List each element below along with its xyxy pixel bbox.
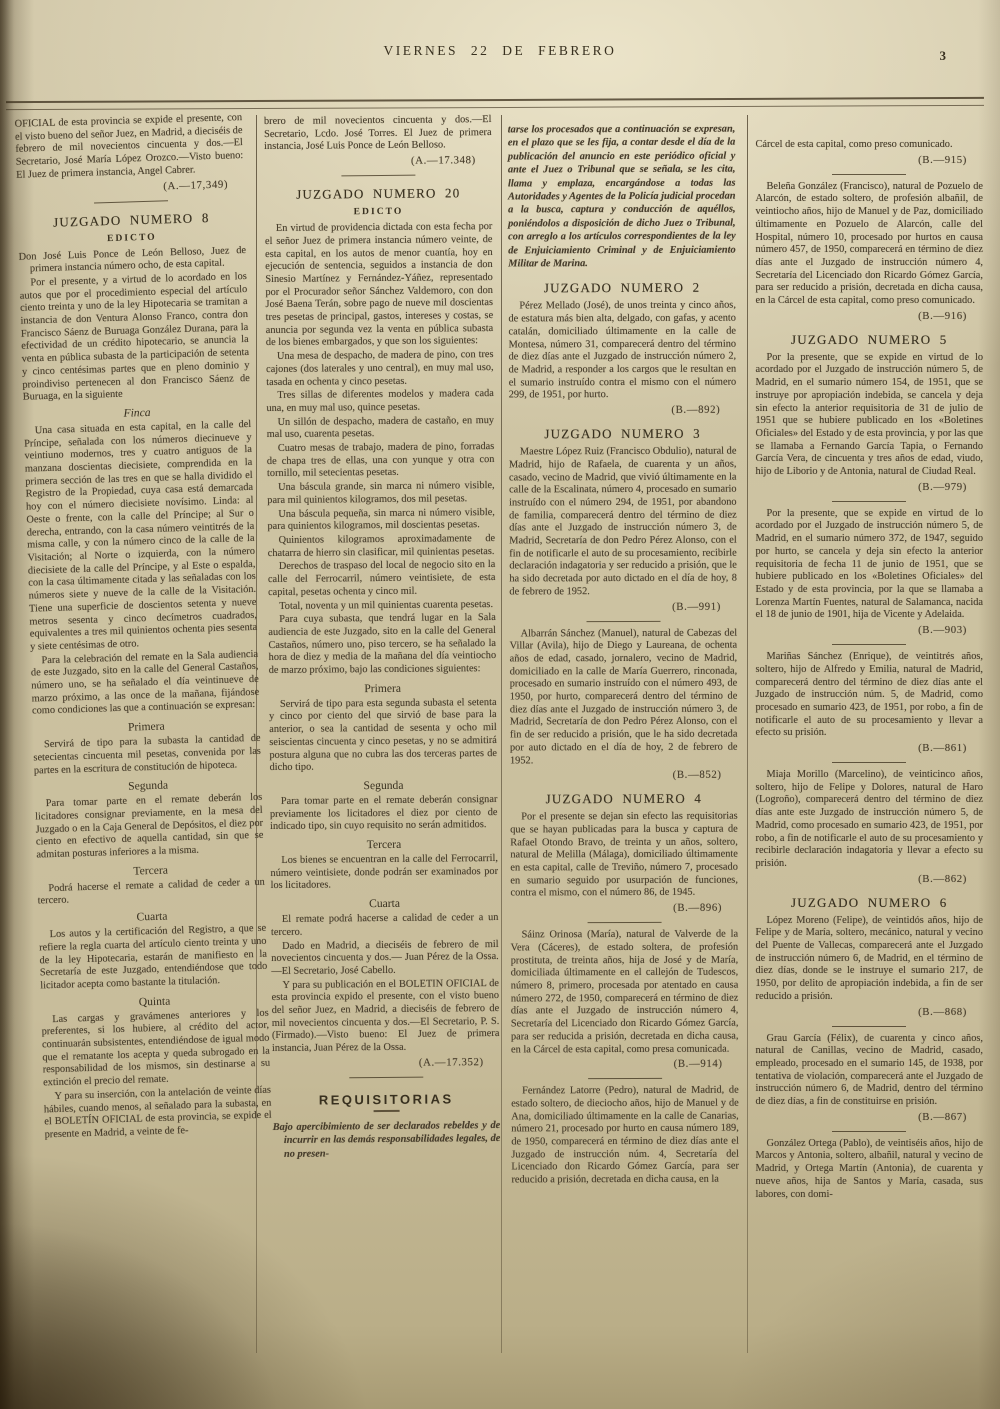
reference-number: (B.—914) [511, 1058, 739, 1071]
reference-number: (B.—991) [509, 600, 737, 613]
masthead: VIERNES 22 DE FEBRERO [0, 42, 1000, 60]
condition-heading: Tercera [270, 837, 498, 852]
juzgado-heading: JUZGADO NUMERO 3 [509, 426, 737, 443]
paragraph: Las cargas y gravámenes anteriores y los… [41, 1007, 271, 1090]
header-rule [6, 97, 984, 110]
paragraph-italic: tarse los procesados que a continuación … [508, 123, 736, 271]
paragraph: Una mesa de despacho, de madera de pino,… [265, 349, 493, 389]
paragraph: Pérez Mellado (José), de unos treinta y … [508, 300, 736, 402]
entry-separator [94, 200, 168, 203]
juzgado-heading: JUZGADO NUMERO 20 [264, 185, 492, 203]
entry-separator [349, 1077, 423, 1079]
paragraph: Maestre López Ruiz (Francisco Obdulio), … [509, 446, 737, 599]
column-1: OFICIAL de esta provincia se expide el p… [5, 110, 289, 1409]
column-separator [747, 115, 748, 1353]
paragraph: Miaja Morillo (Marcelino), de veinticinc… [756, 769, 984, 871]
paragraph: Beleña González (Francisco), natural de … [756, 181, 984, 308]
paragraph: Fernández Latorre (Pedro), natural de Ma… [511, 1085, 739, 1187]
reference-number: (B.—916) [756, 310, 984, 322]
paragraph: Derechos de traspaso del local de negoci… [267, 559, 495, 599]
paragraph: Cárcel de esta capital, como preso comun… [756, 139, 984, 152]
edicto-heading: EDICTO [18, 229, 246, 247]
paragraph: Servirá de tipo para esta segunda subast… [268, 697, 496, 775]
paragraph: Para tomar parte en el remate deberán lo… [35, 792, 264, 862]
page-number: 3 [940, 48, 947, 64]
reference-number: (B.—892) [509, 404, 737, 417]
paragraph: Un sillón de despacho, madera de castaño… [266, 415, 494, 442]
paragraph: Por la presente, que se expide en virtud… [756, 508, 984, 622]
juzgado-heading: JUZGADO NUMERO 8 [17, 209, 245, 232]
entry-separator [341, 175, 415, 177]
paragraph: brero de mil novecientos cincuenta y dos… [263, 114, 491, 154]
paragraph: Y para su inserción, con la antelación d… [43, 1085, 272, 1143]
mini-separator [373, 1110, 399, 1112]
paragraph: Para cuya subasta, que tendrá lugar en l… [268, 612, 496, 677]
paragraph: Por el presente se dejan sin efecto las … [510, 811, 738, 901]
condition-heading: Primera [268, 681, 496, 696]
reference-number: (B.—896) [511, 902, 739, 915]
paragraph: Y para su publicación en el BOLETIN OFIC… [271, 978, 499, 1056]
paragraph: González Ortega (Pablo), de veintiséis a… [756, 1138, 984, 1202]
page-date-title: VIERNES 22 DE FEBRERO [384, 43, 617, 58]
reference-number: (A.—17.352) [272, 1056, 500, 1070]
paragraph: Tres sillas de diferentes modelos y made… [266, 388, 494, 415]
juzgado-heading: JUZGADO NUMERO 5 [756, 332, 984, 348]
paragraph-italic: Bajo apercibimiento de ser declarados re… [272, 1119, 500, 1161]
juzgado-heading: JUZGADO NUMERO 4 [510, 791, 738, 808]
paragraph: Para la celebración del remate en la Sal… [30, 648, 259, 718]
column-4: Cárcel de esta capital, como preso comun… [747, 113, 993, 1405]
reference-number: (B.—861) [756, 742, 984, 754]
paragraph: Los autos y la certificación del Registr… [39, 923, 268, 993]
entry-separator [588, 1078, 662, 1079]
newspaper-page: VIERNES 22 DE FEBRERO 3 OFICIAL de esta … [0, 0, 1000, 1409]
paragraph: López Moreno (Felipe), de veintidós años… [756, 915, 984, 1004]
reference-number: (B.—903) [756, 624, 984, 636]
paragraph: El remate podrá hacerse a calidad de ced… [270, 912, 498, 939]
entry-separator [832, 644, 906, 645]
entry-separator [587, 922, 661, 923]
paragraph: Quinientos kilogramos aproximadamente de… [267, 533, 495, 560]
paragraph: Por el presente, y a virtud de lo acorda… [19, 271, 250, 405]
entry-separator [832, 501, 906, 502]
reference-number: (B.—979) [756, 481, 984, 493]
paragraph: En virtud de providencia dictada con est… [264, 221, 493, 350]
reference-number: (A.—17.348) [264, 154, 492, 168]
edicto-heading: EDICTO [264, 205, 492, 218]
entry-separator [832, 762, 906, 763]
entry-separator [832, 1026, 906, 1027]
column-2: brero de mil novecientos cincuenta y dos… [254, 112, 511, 1406]
column-separator [501, 115, 502, 1353]
entry-separator [832, 174, 906, 175]
column-3: tarse los procesados que a continuación … [499, 113, 749, 1406]
condition-heading: Segunda [269, 778, 497, 793]
juzgado-heading: JUZGADO NUMERO 2 [508, 280, 736, 297]
reference-number: (B.—868) [756, 1006, 984, 1018]
paragraph: Servirá de tipo para la subasta la canti… [33, 733, 262, 778]
paragraph: Albarrán Sánchez (Manuel), natural de Ca… [510, 627, 738, 768]
paragraph: Para tomar parte en el remate deberán co… [269, 794, 497, 834]
condition-heading: Cuarta [270, 896, 498, 911]
columns-container: OFICIAL de esta provincia se expide el p… [10, 113, 992, 1405]
reference-number: (B.—862) [756, 873, 984, 885]
paragraph: OFICIAL de esta provincia se expide el p… [15, 112, 244, 182]
paragraph: Los bienes se encuentran en la calle del… [270, 853, 498, 893]
entry-separator [832, 1131, 906, 1132]
paragraph: Sáinz Orinosa (María), natural de Valver… [511, 929, 739, 1057]
paragraph: Una casa situada en esta capital, en la … [24, 419, 258, 654]
paragraph: Mariñas Sánchez (Enrique), de veintitrés… [756, 651, 984, 740]
entry-separator [586, 620, 660, 621]
reference-number: (B.—915) [756, 154, 984, 166]
paragraph: Podrá hacerse el remate a calidad de ced… [37, 876, 265, 908]
juzgado-heading: JUZGADO NUMERO 6 [756, 895, 984, 911]
column-separator [256, 115, 257, 1353]
reference-number: (B.—867) [756, 1111, 984, 1123]
paragraph: Una báscula grande, sin marca ni número … [267, 480, 495, 507]
paragraph: Una báscula pequeña, sin marca ni número… [267, 507, 495, 534]
paragraph: Por la presente, que se expide en virtud… [756, 352, 984, 479]
paragraph: Total, noventa y un mil quinientas cuare… [268, 598, 496, 613]
paragraph: Grau García (Félix), de cuarenta y cinco… [756, 1033, 984, 1109]
reference-number: (B.—852) [510, 769, 738, 782]
requisitorias-heading: REQUISITORIAS [272, 1091, 500, 1108]
paragraph: Cuatro mesas de trabajo, madera de pino,… [266, 441, 494, 481]
paragraph: Dado en Madrid, a dieciséis de febrero d… [271, 939, 499, 979]
